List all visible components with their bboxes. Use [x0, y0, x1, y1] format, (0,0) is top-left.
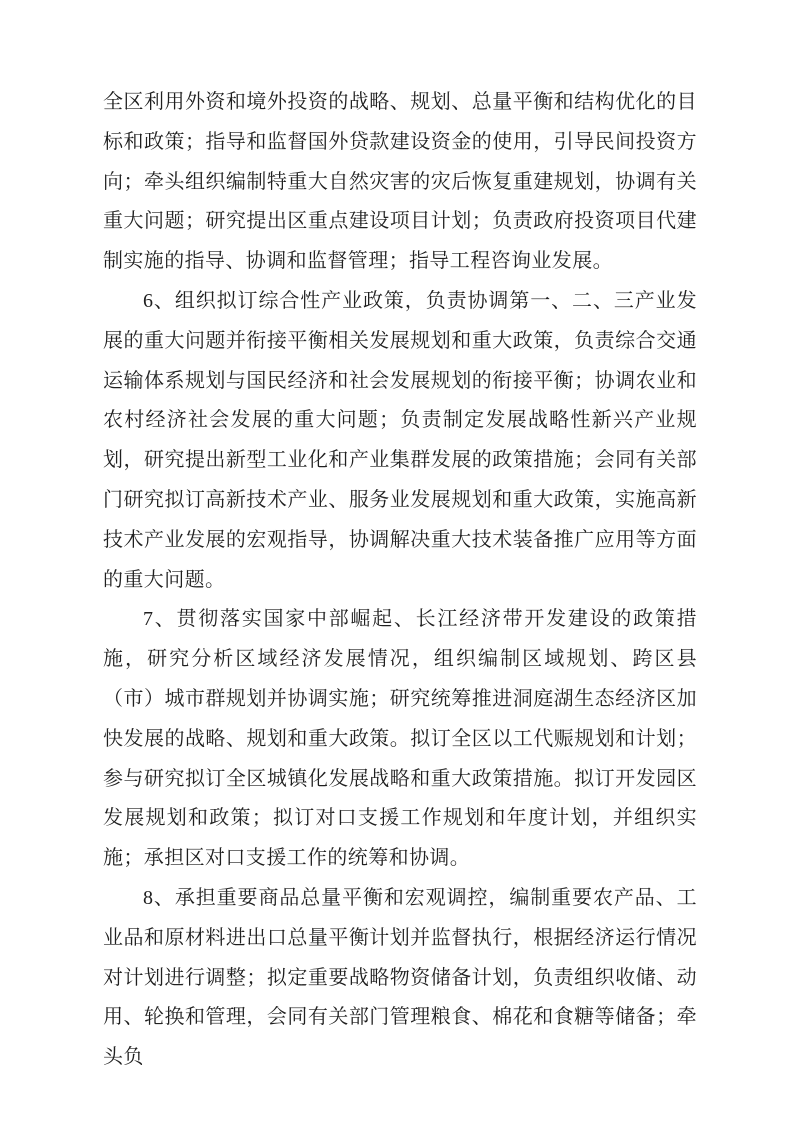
paragraph-clause7: 7、贯彻落实国家中部崛起、长江经济带开发建设的政策措施，研究分析区域经济发展情况…: [103, 600, 697, 879]
paragraph-clause6: 6、组织拟订综合性产业政策，负责协调第一、二、三产业发展的重大问题并衔接平衡相关…: [103, 282, 697, 600]
paragraph-clause5-continuation: 全区利用外资和境外投资的战略、规划、总量平衡和结构优化的目标和政策；指导和监督国…: [103, 83, 697, 282]
document-text-block: 全区利用外资和境外投资的战略、规划、总量平衡和结构优化的目标和政策；指导和监督国…: [103, 83, 697, 1078]
document-page: 全区利用外资和境外投资的战略、规划、总量平衡和结构优化的目标和政策；指导和监督国…: [0, 0, 793, 1122]
paragraph-clause8: 8、承担重要商品总量平衡和宏观调控，编制重要农产品、工业品和原材料进出口总量平衡…: [103, 879, 697, 1078]
